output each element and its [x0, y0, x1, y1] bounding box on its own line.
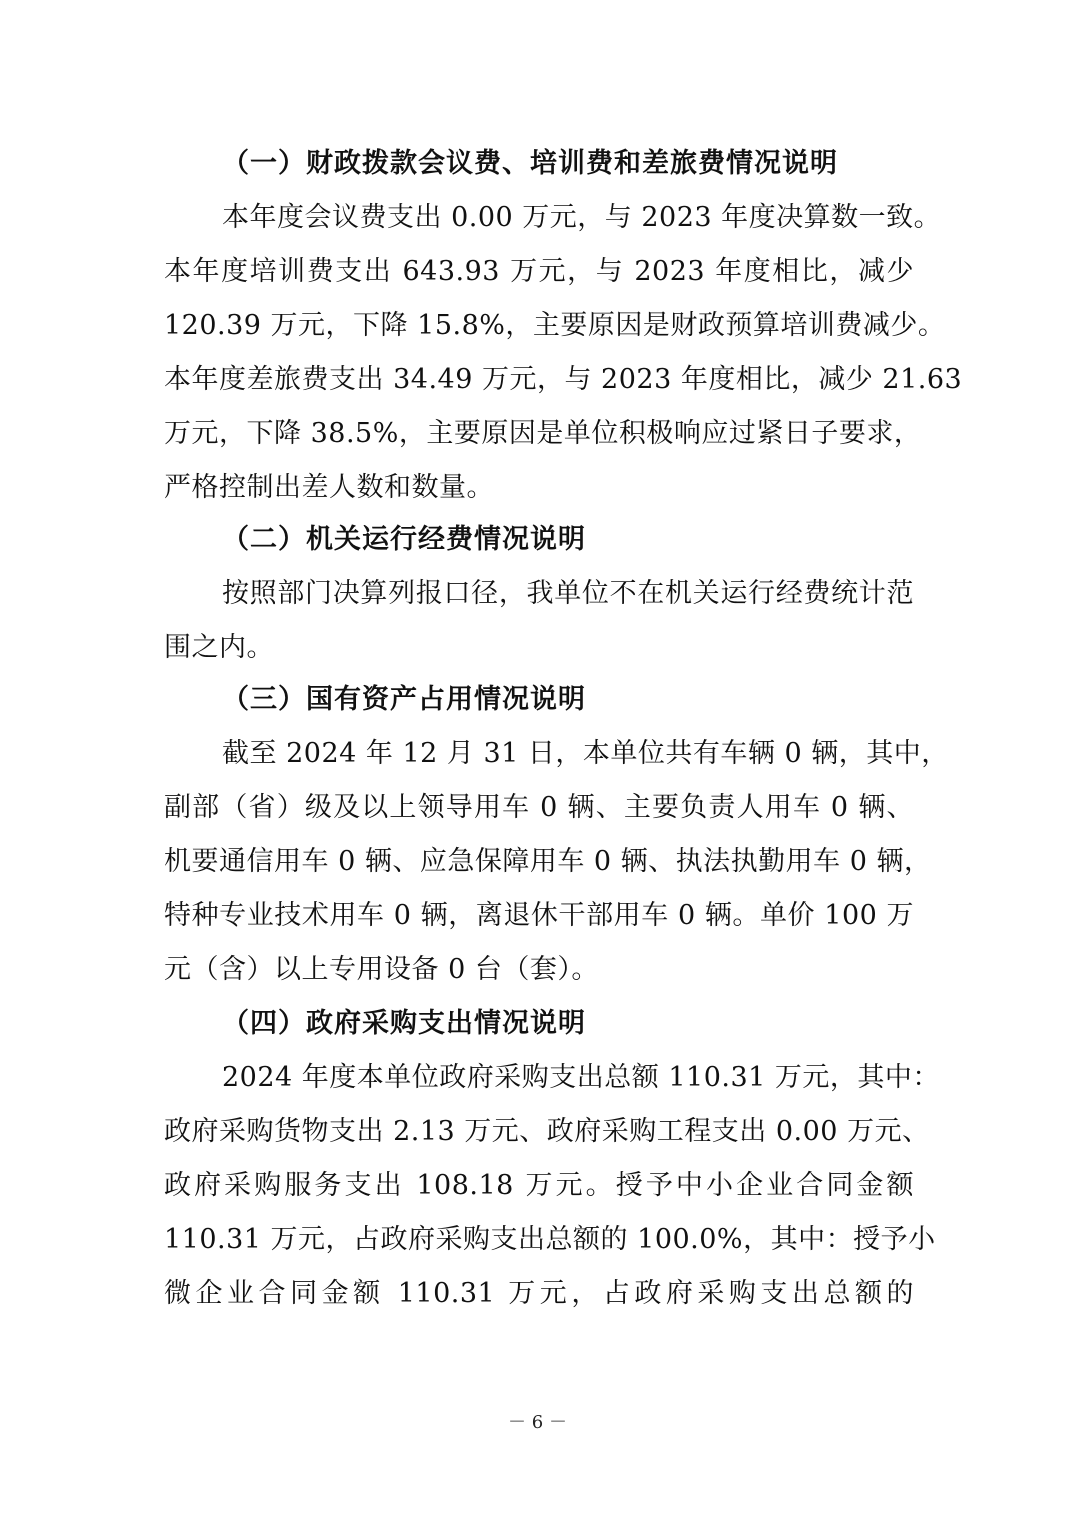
paragraph-line: 政府采购货物支出 2.13 万元、政府采购工程支出 0.00 万元、 — [164, 1106, 914, 1158]
section-heading-2: （二）机关运行经费情况说明 — [222, 514, 586, 566]
paragraph-line: 按照部门决算列报口径，我单位不在机关运行经费统计范 — [222, 568, 914, 620]
paragraph-line: 副部（省）级及以上领导用车 0 辆、主要负责人用车 0 辆、 — [164, 782, 914, 834]
paragraph-line: 元（含）以上专用设备 0 台（套）。 — [164, 944, 599, 996]
paragraph-line: 机要通信用车 0 辆、应急保障用车 0 辆、执法执勤用车 0 辆， — [164, 836, 914, 888]
paragraph-line: 120.39 万元，下降 15.8%，主要原因是财政预算培训费减少。 — [164, 300, 914, 352]
section-heading-3: （三）国有资产占用情况说明 — [222, 674, 586, 726]
paragraph-line: 本年度差旅费支出 34.49 万元，与 2023 年度相比，减少 21.63 — [164, 354, 914, 406]
page-number: － 6 － — [0, 1408, 1075, 1434]
paragraph-line: 严格控制出差人数和数量。 — [164, 462, 494, 514]
paragraph-line: 110.31 万元，占政府采购支出总额的 100.0%，其中：授予小 — [164, 1214, 914, 1266]
paragraph-line: 本年度会议费支出 0.00 万元，与 2023 年度决算数一致。 — [222, 192, 914, 244]
paragraph-line: 万元，下降 38.5%，主要原因是单位积极响应过紧日子要求， — [164, 408, 914, 460]
section-heading-1: （一）财政拨款会议费、培训费和差旅费情况说明 — [222, 138, 838, 190]
section-heading-4: （四）政府采购支出情况说明 — [222, 998, 586, 1050]
paragraph-line: 2024 年度本单位政府采购支出总额 110.31 万元，其中： — [222, 1052, 914, 1104]
paragraph-line: 政府采购服务支出 108.18 万元。授予中小企业合同金额 — [164, 1160, 914, 1212]
paragraph-line: 截至 2024 年 12 月 31 日，本单位共有车辆 0 辆，其中， — [222, 728, 914, 780]
paragraph-line: 本年度培训费支出 643.93 万元，与 2023 年度相比，减少 — [164, 246, 914, 298]
paragraph-line: 围之内。 — [164, 622, 274, 674]
paragraph-line: 特种专业技术用车 0 辆，离退休干部用车 0 辆。单价 100 万 — [164, 890, 914, 942]
paragraph-line: 微企业合同金额 110.31 万元，占政府采购支出总额的 — [164, 1268, 914, 1320]
